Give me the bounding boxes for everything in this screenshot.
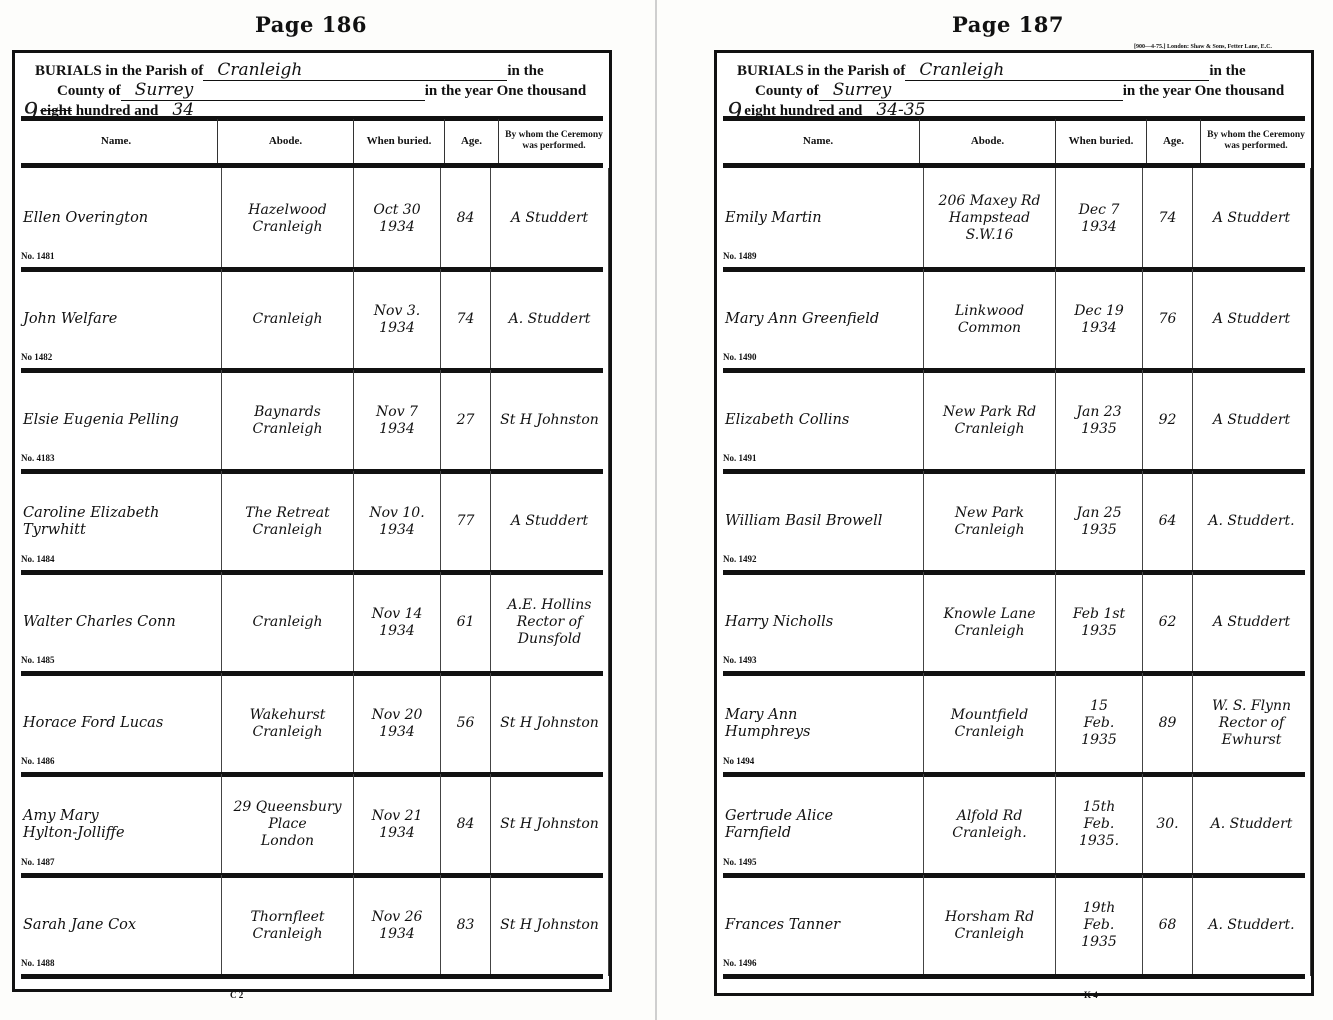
entry-name: Emily MartinNo. 1489	[717, 168, 924, 269]
entry-abode: Hazelwood Cranleigh	[222, 168, 354, 269]
entry-when-buried-text: 19th Feb. 1935	[1081, 900, 1117, 951]
burial-entry: Amy Mary Hylton-JolliffeNo. 148729 Queen…	[15, 774, 609, 875]
entry-number: No. 1492	[723, 551, 757, 568]
entry-age: 83	[441, 875, 491, 976]
entry-officiant: W. S. Flynn Rector of Ewhurst	[1193, 673, 1311, 774]
entry-when-buried-text: Jan 25 1935	[1076, 505, 1121, 539]
entry-officiant-text: A. Studdert	[1211, 816, 1293, 833]
entry-age-text: 89	[1159, 715, 1177, 732]
entry-abode-text: Horsham Rd Cranleigh	[945, 909, 1034, 943]
entry-abode-text: Cranleigh	[253, 311, 323, 328]
col-when-buried: When buried.	[354, 119, 445, 163]
county-field: Surrey	[819, 82, 1123, 101]
burial-entry: Ellen OveringtonNo. 1481Hazelwood Cranle…	[15, 168, 609, 269]
entry-number: No. 1485	[21, 652, 55, 669]
entry-when-buried-text: Nov 21 1934	[372, 808, 423, 842]
entry-number: No. 4183	[21, 450, 55, 467]
entry-age: 64	[1143, 471, 1193, 572]
entry-when-buried: Dec 19 1934	[1056, 269, 1143, 370]
entry-when-buried: Nov 10. 1934	[354, 471, 441, 572]
col-abode: Abode.	[920, 119, 1056, 163]
entry-age: 62	[1143, 572, 1193, 673]
entry-age-text: 83	[457, 917, 475, 934]
entry-name: Gertrude Alice FarnfieldNo. 1495	[717, 774, 924, 875]
entry-when-buried: 19th Feb. 1935	[1056, 875, 1143, 976]
entry-officiant: St H Johnston	[491, 875, 609, 976]
entry-age: 74	[1143, 168, 1193, 269]
entry-when-buried-text: 15 Feb. 1935	[1081, 698, 1117, 749]
entry-abode-text: Mountfield Cranleigh	[951, 707, 1029, 741]
entry-age-text: 56	[457, 715, 475, 732]
entry-when-buried-text: Jan 23 1935	[1076, 404, 1121, 438]
burial-entry: Walter Charles ConnNo. 1485CranleighNov …	[15, 572, 609, 673]
year-text: in the year One thousand	[1123, 81, 1284, 101]
entry-number: No. 1496	[723, 955, 757, 972]
burial-entry: Horace Ford LucasNo. 1486Wakehurst Cranl…	[15, 673, 609, 774]
entry-abode: Mountfield Cranleigh	[924, 673, 1056, 774]
entries-list: Ellen OveringtonNo. 1481Hazelwood Cranle…	[15, 168, 609, 976]
entry-number: No 1482	[21, 349, 52, 366]
entry-age-text: 27	[457, 412, 475, 429]
entry-age-text: 64	[1159, 513, 1177, 530]
register-page-left: BURIALS in the Parish of Cranleigh in th…	[12, 50, 612, 992]
entry-abode-text: Linkwood Common	[924, 303, 1055, 337]
entry-officiant-text: St H Johnston	[500, 715, 599, 732]
entry-name: Ellen OveringtonNo. 1481	[15, 168, 222, 269]
entry-when-buried: Oct 30 1934	[354, 168, 441, 269]
entry-officiant-text: A. Studdert	[509, 311, 591, 328]
entry-age: 27	[441, 370, 491, 471]
entry-when-buried: Nov 21 1934	[354, 774, 441, 875]
entry-when-buried-text: 15th Feb. 1935.	[1079, 799, 1119, 850]
burial-entry: Gertrude Alice FarnfieldNo. 1495Alfold R…	[717, 774, 1311, 875]
entry-number: No. 1484	[21, 551, 55, 568]
entry-name-text: Horace Ford Lucas	[23, 715, 163, 732]
entry-rule	[723, 974, 1305, 979]
entry-abode: 206 Maxey Rd Hampstead S.W.16	[924, 168, 1056, 269]
entry-abode: Cranleigh	[222, 572, 354, 673]
entry-name: Harry NichollsNo. 1493	[717, 572, 924, 673]
entry-abode-text: New Park Cranleigh	[955, 505, 1025, 539]
header-prefix: BURIALS in the Parish of	[737, 61, 905, 81]
county-field: Surrey	[121, 82, 425, 101]
entry-name-text: Elizabeth Collins	[725, 412, 849, 429]
entry-number: No 1494	[723, 753, 754, 770]
entry-when-buried-text: Dec 7 1934	[1079, 202, 1120, 236]
entry-when-buried-text: Feb 1st 1935	[1073, 606, 1125, 640]
entry-abode: Thornfleet Cranleigh	[222, 875, 354, 976]
entry-officiant-text: St H Johnston	[500, 917, 599, 934]
entries-list: Emily MartinNo. 1489206 Maxey Rd Hampste…	[717, 168, 1311, 976]
entry-name-text: Walter Charles Conn	[23, 614, 176, 631]
entry-age: 61	[441, 572, 491, 673]
col-officiant: By whom the Ceremony was performed.	[499, 119, 609, 163]
entry-name-text: Harry Nicholls	[725, 614, 833, 631]
entry-officiant-text: A.E. Hollins Rector of Dunsfold	[491, 597, 608, 648]
burial-entry: Mary Ann HumphreysNo 1494Mountfield Cran…	[717, 673, 1311, 774]
entry-name-text: John Welfare	[23, 311, 117, 328]
burial-entry: Emily MartinNo. 1489206 Maxey Rd Hampste…	[717, 168, 1311, 269]
entry-abode: New Park Rd Cranleigh	[924, 370, 1056, 471]
entry-age: 30.	[1143, 774, 1193, 875]
entry-number: No. 1490	[723, 349, 757, 366]
header-prefix: BURIALS in the Parish of	[35, 61, 203, 81]
entry-age: 84	[441, 168, 491, 269]
entry-officiant: St H Johnston	[491, 774, 609, 875]
burial-entry: Sarah Jane CoxNo. 1488Thornfleet Cranlei…	[15, 875, 609, 976]
county-label: County of	[755, 81, 819, 101]
entry-name-text: Caroline Elizabeth Tyrwhitt	[23, 505, 221, 539]
col-name: Name.	[15, 119, 218, 163]
header-suffix: in the	[507, 61, 543, 81]
entry-when-buried-text: Nov 10. 1934	[369, 505, 424, 539]
parish-field: Cranleigh	[905, 62, 1209, 81]
entry-abode-text: Thornfleet Cranleigh	[250, 909, 324, 943]
entry-when-buried: Jan 25 1935	[1056, 471, 1143, 572]
entry-officiant: St H Johnston	[491, 673, 609, 774]
entry-when-buried: 15 Feb. 1935	[1056, 673, 1143, 774]
burial-entry: Mary Ann GreenfieldNo. 1490Linkwood Comm…	[717, 269, 1311, 370]
entry-when-buried: 15th Feb. 1935.	[1056, 774, 1143, 875]
entry-age: 89	[1143, 673, 1193, 774]
entry-name: Amy Mary Hylton-JolliffeNo. 1487	[15, 774, 222, 875]
entry-when-buried-text: Nov 14 1934	[372, 606, 423, 640]
entry-abode-text: The Retreat Cranleigh	[245, 505, 330, 539]
entry-when-buried-text: Dec 19 1934	[1074, 303, 1124, 337]
col-when-buried: When buried.	[1056, 119, 1147, 163]
entry-number: No. 1481	[21, 248, 55, 265]
entry-age: 56	[441, 673, 491, 774]
entry-number: No. 1493	[723, 652, 757, 669]
entry-officiant-text: W. S. Flynn Rector of Ewhurst	[1212, 698, 1291, 749]
entry-age-text: 76	[1159, 311, 1177, 328]
column-headers: Name. Abode. When buried. Age. By whom t…	[15, 119, 609, 163]
entry-age-text: 84	[457, 816, 475, 833]
entry-officiant: A Studdert	[1193, 572, 1311, 673]
entry-name-text: William Basil Browell	[725, 513, 882, 530]
entry-when-buried: Nov 20 1934	[354, 673, 441, 774]
entry-officiant: A.E. Hollins Rector of Dunsfold	[491, 572, 609, 673]
entry-name-text: Amy Mary Hylton-Jolliffe	[23, 808, 125, 842]
entry-abode: Alfold Rd Cranleigh.	[924, 774, 1056, 875]
entry-number: No. 1491	[723, 450, 757, 467]
book-spine	[655, 0, 657, 1020]
entry-when-buried-text: Nov 26 1934	[372, 909, 423, 943]
entry-name: Elsie Eugenia PellingNo. 4183	[15, 370, 222, 471]
county-label: County of	[57, 81, 121, 101]
register-header: BURIALS in the Parish of Cranleigh in th…	[737, 61, 1305, 121]
entry-age: 84	[441, 774, 491, 875]
entry-name-text: Emily Martin	[725, 210, 822, 227]
entry-officiant: A. Studdert.	[1193, 471, 1311, 572]
entry-abode: Horsham Rd Cranleigh	[924, 875, 1056, 976]
entry-age: 68	[1143, 875, 1193, 976]
entry-officiant-text: A. Studdert.	[1208, 917, 1294, 934]
col-age: Age.	[445, 119, 499, 163]
entry-abode-text: Knowle Lane Cranleigh	[943, 606, 1035, 640]
entry-when-buried-text: Nov 3. 1934	[374, 303, 420, 337]
burial-entry: Frances TannerNo. 1496Horsham Rd Cranlei…	[717, 875, 1311, 976]
header-suffix: in the	[1209, 61, 1245, 81]
burial-entry: Elsie Eugenia PellingNo. 4183Baynards Cr…	[15, 370, 609, 471]
parish-field: Cranleigh	[203, 62, 507, 81]
entry-number: No. 1486	[21, 753, 55, 770]
entry-name-text: Sarah Jane Cox	[23, 917, 136, 934]
entry-when-buried-text: Nov 20 1934	[372, 707, 423, 741]
entry-abode: Baynards Cranleigh	[222, 370, 354, 471]
entry-abode-text: Cranleigh	[253, 614, 323, 631]
entry-age-text: 61	[457, 614, 475, 631]
signature-mark: C 2	[230, 990, 243, 1000]
entry-age-text: 77	[457, 513, 475, 530]
entry-age: 76	[1143, 269, 1193, 370]
entry-name-text: Gertrude Alice Farnfield	[725, 808, 833, 842]
entry-abode-text: Baynards Cranleigh	[253, 404, 323, 438]
entry-when-buried: Nov 26 1934	[354, 875, 441, 976]
burial-entry: Elizabeth CollinsNo. 1491New Park Rd Cra…	[717, 370, 1311, 471]
entry-age-text: 92	[1159, 412, 1177, 429]
column-headers: Name. Abode. When buried. Age. By whom t…	[717, 119, 1311, 163]
entry-abode-text: Wakehurst Cranleigh	[250, 707, 326, 741]
entry-age: 77	[441, 471, 491, 572]
entry-age-text: 68	[1159, 917, 1177, 934]
entry-officiant-text: A Studdert	[1213, 614, 1290, 631]
entry-when-buried: Nov 3. 1934	[354, 269, 441, 370]
entry-number: No. 1488	[21, 955, 55, 972]
entry-officiant: A. Studdert	[1193, 774, 1311, 875]
entry-age-text: 84	[457, 210, 475, 227]
entry-officiant: A Studdert	[1193, 370, 1311, 471]
entry-officiant-text: A Studdert	[1213, 311, 1290, 328]
entry-name-text: Elsie Eugenia Pelling	[23, 412, 179, 429]
entry-officiant: A. Studdert.	[1193, 875, 1311, 976]
entry-name: Elizabeth CollinsNo. 1491	[717, 370, 924, 471]
entry-name: Mary Ann HumphreysNo 1494	[717, 673, 924, 774]
entry-abode: Linkwood Common	[924, 269, 1056, 370]
entry-rule	[21, 974, 603, 979]
col-name: Name.	[717, 119, 920, 163]
entry-officiant: A Studdert	[491, 471, 609, 572]
entry-number: No. 1495	[723, 854, 757, 871]
entry-officiant-text: A Studdert	[1213, 412, 1290, 429]
burial-entry: John WelfareNo 1482CranleighNov 3. 19347…	[15, 269, 609, 370]
entry-abode-text: Alfold Rd Cranleigh.	[952, 808, 1026, 842]
entry-when-buried: Dec 7 1934	[1056, 168, 1143, 269]
entry-officiant: St H Johnston	[491, 370, 609, 471]
entry-name-text: Frances Tanner	[725, 917, 840, 934]
entry-name: Caroline Elizabeth TyrwhittNo. 1484	[15, 471, 222, 572]
entry-abode: 29 Queensbury Place London	[222, 774, 354, 875]
entry-name-text: Mary Ann Greenfield	[725, 311, 879, 328]
entry-name: Sarah Jane CoxNo. 1488	[15, 875, 222, 976]
entry-abode-text: 206 Maxey Rd Hampstead S.W.16	[939, 193, 1041, 244]
entry-when-buried: Nov 7 1934	[354, 370, 441, 471]
entry-abode: Knowle Lane Cranleigh	[924, 572, 1056, 673]
entry-age-text: 62	[1159, 614, 1177, 631]
entry-when-buried-text: Nov 7 1934	[376, 404, 418, 438]
burial-entry: Caroline Elizabeth TyrwhittNo. 1484The R…	[15, 471, 609, 572]
entry-name: William Basil BrowellNo. 1492	[717, 471, 924, 572]
entry-abode: Wakehurst Cranleigh	[222, 673, 354, 774]
entry-number: No. 1487	[21, 854, 55, 871]
entry-age: 92	[1143, 370, 1193, 471]
entry-abode: New Park Cranleigh	[924, 471, 1056, 572]
col-officiant: By whom the Ceremony was performed.	[1201, 119, 1311, 163]
entry-officiant: A Studdert	[1193, 269, 1311, 370]
entry-abode-text: Hazelwood Cranleigh	[248, 202, 327, 236]
entry-name-text: Mary Ann Humphreys	[725, 707, 811, 741]
entry-name: Frances TannerNo. 1496	[717, 875, 924, 976]
entry-abode-text: 29 Queensbury Place London	[233, 799, 341, 850]
entry-officiant: A Studdert	[1193, 168, 1311, 269]
entry-officiant-text: A Studdert	[511, 210, 588, 227]
page-number-right: Page 187	[952, 12, 1064, 37]
entry-officiant: A Studdert	[491, 168, 609, 269]
entry-when-buried-text: Oct 30 1934	[373, 202, 420, 236]
entry-name: Mary Ann GreenfieldNo. 1490	[717, 269, 924, 370]
page-number-left: Page 186	[255, 12, 367, 37]
entry-age-text: 30.	[1156, 816, 1178, 833]
register-page-right: BURIALS in the Parish of Cranleigh in th…	[714, 50, 1314, 996]
entry-abode-text: New Park Rd Cranleigh	[943, 404, 1036, 438]
entry-officiant-text: A Studdert	[511, 513, 588, 530]
entry-officiant-text: St H Johnston	[500, 412, 599, 429]
signature-mark: K 4	[1084, 990, 1098, 1000]
entry-officiant-text: A. Studdert.	[1208, 513, 1294, 530]
entry-when-buried: Nov 14 1934	[354, 572, 441, 673]
entry-name: Horace Ford LucasNo. 1486	[15, 673, 222, 774]
entry-officiant-text: St H Johnston	[500, 816, 599, 833]
entry-number: No. 1489	[723, 248, 757, 265]
col-abode: Abode.	[218, 119, 354, 163]
entry-abode: The Retreat Cranleigh	[222, 471, 354, 572]
burial-entry: William Basil BrowellNo. 1492New Park Cr…	[717, 471, 1311, 572]
entry-age-text: 74	[1159, 210, 1177, 227]
entry-officiant-text: A Studdert	[1213, 210, 1290, 227]
entry-officiant: A. Studdert	[491, 269, 609, 370]
year-text: in the year One thousand	[425, 81, 586, 101]
register-header: BURIALS in the Parish of Cranleigh in th…	[35, 61, 603, 121]
entry-age-text: 74	[457, 311, 475, 328]
entry-age: 74	[441, 269, 491, 370]
entry-name: John WelfareNo 1482	[15, 269, 222, 370]
entry-when-buried: Jan 23 1935	[1056, 370, 1143, 471]
col-age: Age.	[1147, 119, 1201, 163]
entry-when-buried: Feb 1st 1935	[1056, 572, 1143, 673]
entry-abode: Cranleigh	[222, 269, 354, 370]
entry-name: Walter Charles ConnNo. 1485	[15, 572, 222, 673]
burial-entry: Harry NichollsNo. 1493Knowle Lane Cranle…	[717, 572, 1311, 673]
entry-name-text: Ellen Overington	[23, 210, 148, 227]
